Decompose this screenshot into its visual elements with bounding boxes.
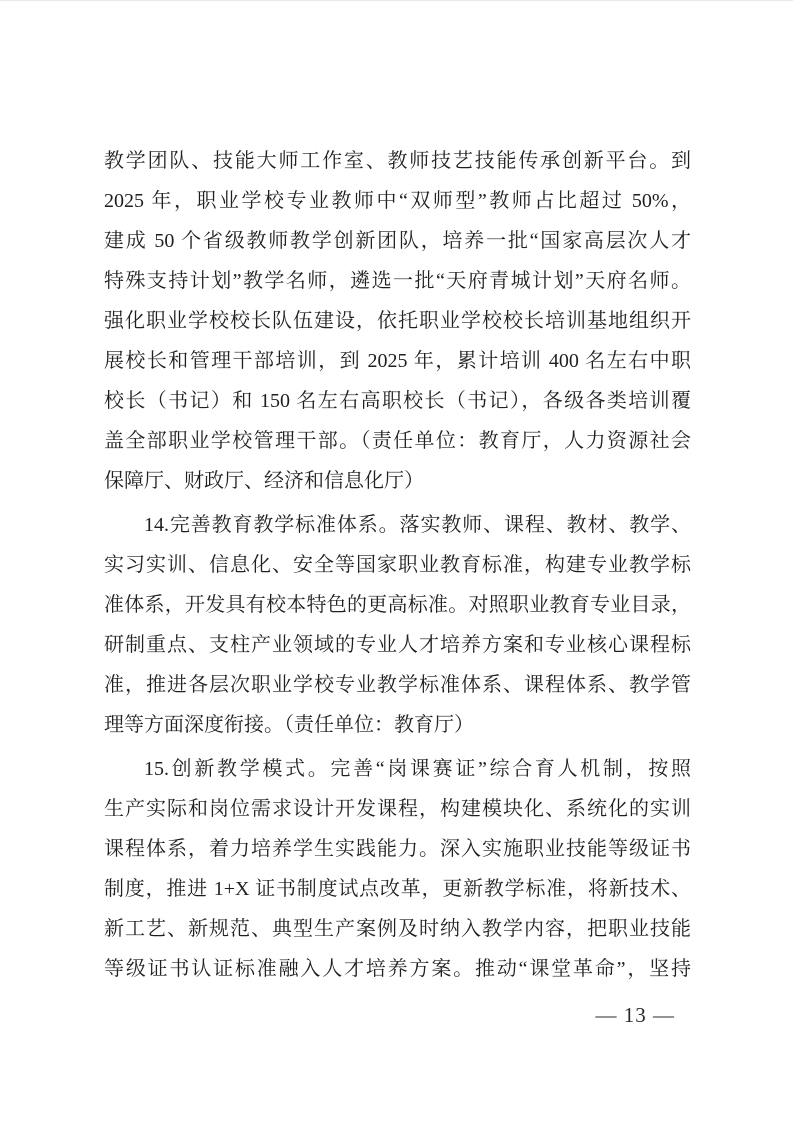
paragraph-15: 15.创新教学模式。完善“岗课赛证”综合育人机制，按照生产实际和岗位需求设计开发… — [104, 749, 691, 989]
text-line: 制度，推进 1+X 证书制度试点改革，更新教学标准，将新技术、 — [104, 869, 691, 909]
text-line: 研制重点、支柱产业领域的专业人才培养方案和专业核心课程标 — [104, 625, 691, 665]
text-line: 准，推进各层次职业学校专业教学标准体系、课程体系、教学管 — [104, 665, 691, 705]
paragraph-14: 14.完善教育教学标准体系。落实教师、课程、教材、教学、实习实训、信息化、安全等… — [104, 505, 691, 745]
text-line: 新工艺、新规范、典型生产案例及时纳入教学内容，把职业技能 — [104, 909, 691, 949]
text-line: 建成 50 个省级教师教学创新团队，培养一批“国家高层次人才 — [104, 221, 691, 261]
text-line: 盖全部职业学校管理干部。（责任单位：教育厅，人力资源社会 — [104, 421, 691, 461]
text-line: 生产实际和岗位需求设计开发课程，构建模块化、系统化的实训 — [104, 789, 691, 829]
text-line: 教学团队、技能大师工作室、教师技艺技能传承创新平台。到 — [104, 141, 691, 181]
page-footer: — 13 — — [596, 1001, 676, 1029]
text-line: 强化职业学校校长队伍建设，依托职业学校校长培训基地组织开 — [104, 301, 691, 341]
text-line: 15.创新教学模式。完善“岗课赛证”综合育人机制，按照 — [104, 749, 691, 789]
text-line: 保障厅、财政厅、经济和信息化厅） — [104, 461, 691, 501]
paragraph-continuation: 教学团队、技能大师工作室、教师技艺技能传承创新平台。到2025 年，职业学校专业… — [104, 141, 691, 501]
text-line: 等级证书认证标准融入人才培养方案。推动“课堂革命”，坚持 — [104, 949, 691, 989]
document-page: 教学团队、技能大师工作室、教师技艺技能传承创新平台。到2025 年，职业学校专业… — [0, 0, 793, 1122]
text-line: 课程体系，着力培养学生实践能力。深入实施职业技能等级证书 — [104, 829, 691, 869]
text-line: 校长（书记）和 150 名左右高职校长（书记），各级各类培训覆 — [104, 381, 691, 421]
text-line: 实习实训、信息化、安全等国家职业教育标准，构建专业教学标 — [104, 545, 691, 585]
text-line: 2025 年，职业学校专业教师中“双师型”教师占比超过 50%， — [104, 181, 691, 221]
text-line: 理等方面深度衔接。（责任单位：教育厅） — [104, 705, 691, 745]
document-body: 教学团队、技能大师工作室、教师技艺技能传承创新平台。到2025 年，职业学校专业… — [104, 141, 691, 989]
text-line: 准体系，开发具有校本特色的更高标准。对照职业教育专业目录， — [104, 585, 691, 625]
text-line: 展校长和管理干部培训，到 2025 年，累计培训 400 名左右中职 — [104, 341, 691, 381]
page-number: — 13 — — [596, 1003, 676, 1027]
text-line: 14.完善教育教学标准体系。落实教师、课程、教材、教学、 — [104, 505, 691, 545]
text-line: 特殊支持计划”教学名师，遴选一批“天府青城计划”天府名师。 — [104, 261, 691, 301]
